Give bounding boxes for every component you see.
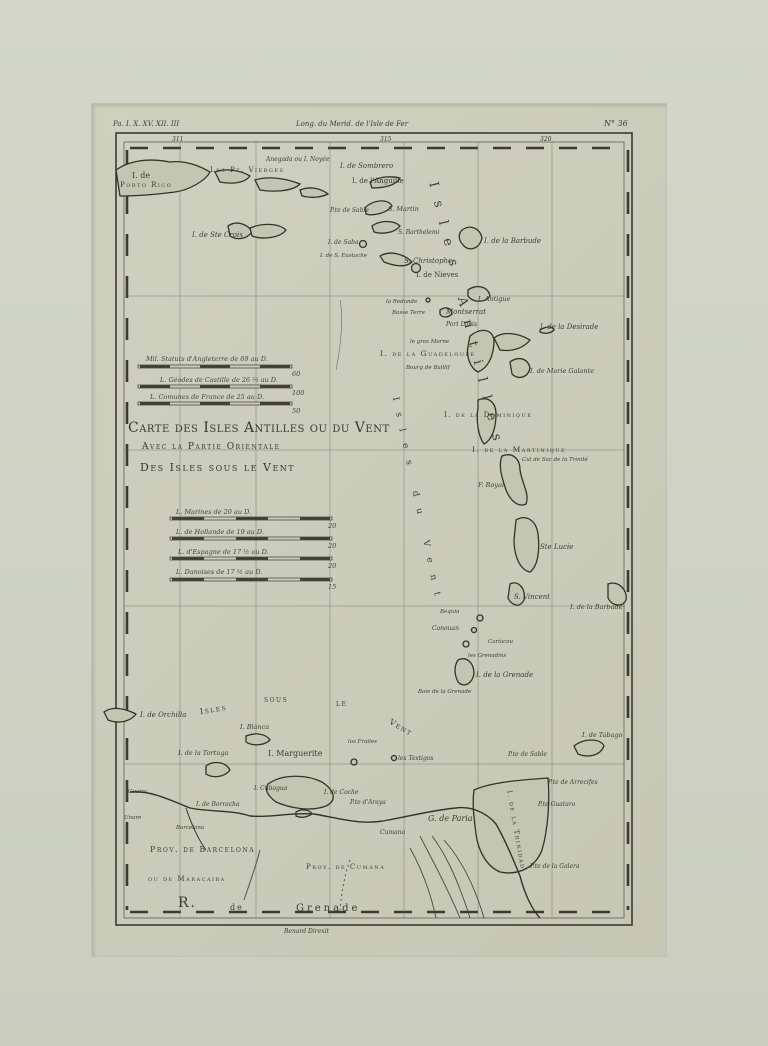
place-blanca: I. Blanca xyxy=(240,724,269,731)
place-montserrat: Montserrat xyxy=(446,309,486,316)
place-coche: I. de Coche xyxy=(324,790,358,796)
place-ste-croix: I. de Ste Croix xyxy=(192,232,243,239)
region-maracaiba: ou de Maracaiba xyxy=(148,876,226,883)
place-paria: G. de Paria xyxy=(428,815,473,823)
place-borracha: I. de Borracha xyxy=(196,802,240,808)
place-margarita: I. Marguerite xyxy=(268,750,322,758)
degree-label: 320 xyxy=(540,137,551,143)
scale-end: 50 xyxy=(292,407,300,415)
scale-end: 20 xyxy=(328,522,336,530)
place-vierges: Les Pt. Vierges xyxy=(210,167,284,174)
scale-end: 20 xyxy=(328,562,336,570)
place-marie-galante: I. de Marie Galante xyxy=(530,368,594,375)
place-bourg-baillif: Bourg de Baillif xyxy=(406,366,450,372)
place-barbude: I. de la Barbude xyxy=(484,238,541,245)
scale-end: 15 xyxy=(328,583,336,591)
place-guataro: P.te Guataro xyxy=(538,802,575,808)
scale-label: L. Géodes de Castille de 26 ⅔ au D. xyxy=(160,376,278,384)
place-pte-sable-tabago: P.te de Sable xyxy=(508,752,547,758)
scale-label: L. Comunes de France de 25 au D. xyxy=(150,393,264,401)
plate-number: N° 36 xyxy=(604,120,628,128)
place-barbade: I. de la Barbade xyxy=(570,604,623,611)
place-basse-terre: Basse Terre xyxy=(392,311,425,317)
place-barcelona-town: Barcelona xyxy=(176,826,204,832)
place-st-vincent: S. Vincent xyxy=(514,594,550,601)
place-dominique: I. de la Dominique xyxy=(444,412,532,419)
region-grenade: Grenade xyxy=(296,904,360,914)
place-port-louis: Port Louis xyxy=(446,322,477,328)
place-orchilla: I. de Orchilla xyxy=(140,712,186,719)
region-cumana: Prov. de Cumana xyxy=(306,864,385,871)
place-baie-grenade: Baie de la Grenade xyxy=(418,690,471,696)
place-arrecifes: P.te de Arrecifes xyxy=(548,780,598,786)
place-gros-morne: le gros Morne xyxy=(410,340,449,346)
place-sombrero: I. de Sombrero xyxy=(340,163,393,170)
region-de: de xyxy=(230,904,244,912)
place-galera: P.te de la Galera xyxy=(530,864,580,870)
place-cumana-town: Cumana xyxy=(380,830,405,836)
region-sous-le-vent-3: le xyxy=(336,700,347,708)
scale-label: L. Danoises de 17 ½ au D. xyxy=(176,568,262,576)
place-martinique: I. de la Martinique xyxy=(472,446,566,454)
scale-end: 60 xyxy=(292,370,300,378)
place-desirade: I. de la Desirade xyxy=(540,324,598,331)
title-line-3: Des Isles sous le Vent xyxy=(140,461,390,474)
region-r: R. xyxy=(178,896,197,910)
place-st-barthelemi: S. Barthelemi xyxy=(398,230,439,236)
place-anegada: Anegada ou I. Noyée xyxy=(266,157,329,163)
place-frailes: los Frailes xyxy=(348,740,377,746)
map-title: Carte des Isles Antilles ou du Vent Avec… xyxy=(128,420,390,474)
region-barcelona: Prov. de Barcelona xyxy=(150,846,255,854)
place-unare: Unare xyxy=(124,816,141,822)
place-testigos: les Testigos xyxy=(398,756,433,762)
title-line-2: Avec la Partie Orientale xyxy=(142,442,390,452)
place-st-eustache: I. de S. Eustache xyxy=(320,254,367,260)
place-porto-rico: I. de xyxy=(132,172,150,180)
map-engraving xyxy=(0,0,768,1046)
place-redonde: la Redonde xyxy=(386,300,417,306)
place-tortuga: I. de la Tortuga xyxy=(178,750,228,757)
place-anguille: I. de l'Anguille xyxy=(352,178,404,185)
scale-label: L. Marines de 20 au D. xyxy=(176,508,251,516)
engraver-credit: Benard Direxit xyxy=(284,929,329,935)
place-trinite: Cul de Sac de la Trinité xyxy=(522,458,588,464)
place-st-martin: S. Martin xyxy=(388,206,419,213)
scale-end: 100 xyxy=(292,389,304,397)
place-cubagua: I. Cubagua xyxy=(254,786,287,792)
place-grenade-isle: I. de la Grenade xyxy=(476,672,533,679)
longitude-heading: Long. du Merid. de l'Isle de Fer xyxy=(296,121,408,128)
place-guaira: Guaira xyxy=(128,790,147,796)
place-carriacou: Cariacou xyxy=(488,640,513,646)
scale-label: L. de Hollande de 19 au D. xyxy=(176,528,264,536)
scale-label: Mil. Statuts d'Angleterre de 69 au D. xyxy=(146,355,268,363)
place-tabago: I. de Tabago xyxy=(582,732,623,739)
place-bequia: Bequia xyxy=(440,610,459,616)
place-pte-sable: P.te de Sable xyxy=(330,208,369,214)
place-guadeloupe: I. de la Guadeloupe xyxy=(380,350,476,358)
place-saba: I. de Saba xyxy=(328,240,359,246)
place-st-christophe: S. Christophe xyxy=(404,258,452,265)
region-sous-le-vent-2: sous xyxy=(264,696,288,704)
scale-end: 20 xyxy=(328,542,336,550)
place-porto-rico-2: Porto Rico xyxy=(120,182,172,189)
place-grenadins: les Grenadins xyxy=(468,654,506,660)
place-canouan: Canouan xyxy=(432,626,459,632)
place-fort-royal: F. Royal xyxy=(478,482,504,489)
degree-label: 315 xyxy=(380,137,391,143)
scale-label: L. d'Espagne de 17 ½ au D. xyxy=(178,548,269,556)
place-antigue: I. Antigue xyxy=(478,296,510,303)
place-araya: P.te d'Araya xyxy=(350,800,386,806)
place-ste-lucie: Ste Lucie xyxy=(540,544,573,551)
plate-reference: Pa. I. X. XV. XII. III xyxy=(113,121,179,128)
title-line-1: Carte des Isles Antilles ou du Vent xyxy=(128,420,390,436)
degree-label: 311 xyxy=(172,137,183,143)
place-nieves: I. de Nieves xyxy=(416,272,458,279)
